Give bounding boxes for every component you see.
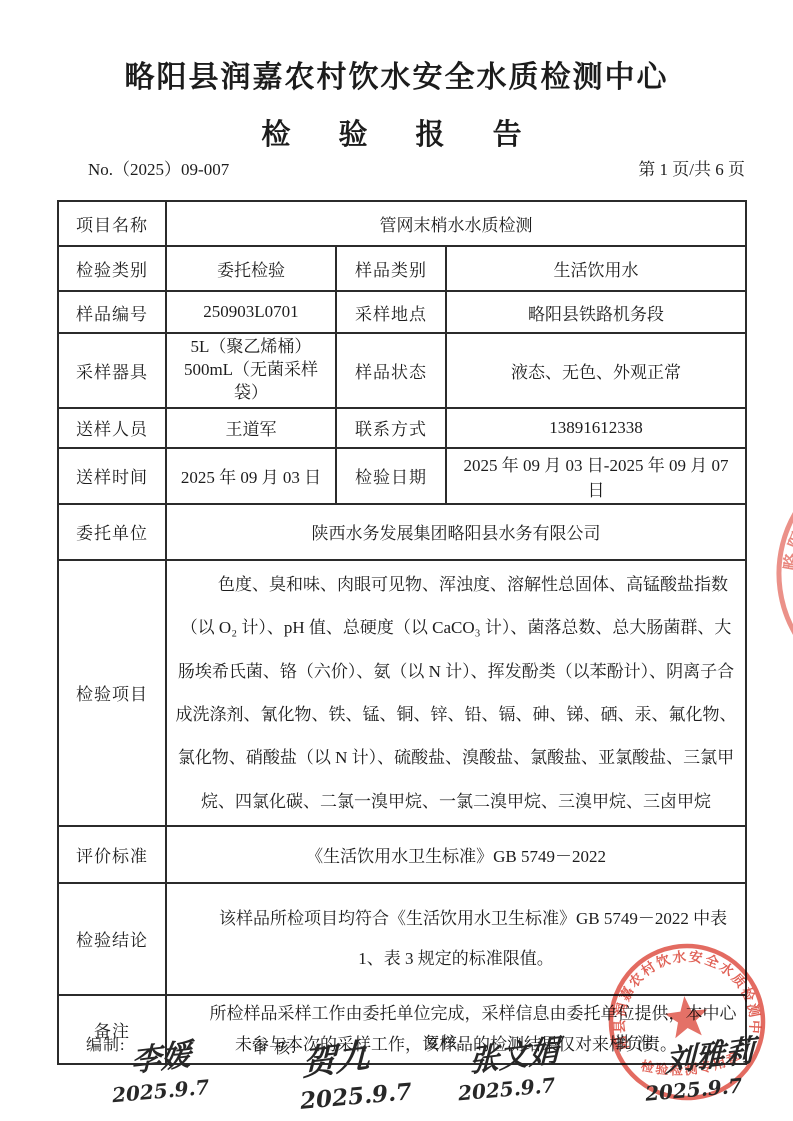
signer-block-approver: 批 准: 刘雅莉 2025.9.7 bbox=[615, 1030, 755, 1101]
sample-state-value: 液态、无色、外观正常 bbox=[446, 333, 746, 408]
inspection-type-value: 委托检验 bbox=[166, 246, 336, 291]
approver-label: 批 准: bbox=[615, 1035, 659, 1052]
table-row: 委托单位 陕西水务发展集团略阳县水务有限公司 bbox=[58, 504, 746, 560]
test-items-value: 色度、臭和味、肉眼可见物、浑浊度、溶解性总固体、高锰酸盐指数（以 O₂ 计）、p… bbox=[166, 560, 746, 826]
inspection-type-label: 检验类别 bbox=[58, 246, 166, 291]
sample-sender-label: 送样人员 bbox=[58, 408, 166, 448]
project-name-label: 项目名称 bbox=[58, 201, 166, 246]
standard-label: 评价标准 bbox=[58, 826, 166, 883]
checker-signature: 张文娟 bbox=[469, 1025, 559, 1080]
edge-stamp-ring bbox=[753, 428, 793, 719]
table-row: 样品编号 250903L0701 采样地点 略阳县铁路机务段 bbox=[58, 291, 746, 333]
compiler-signature: 李媛 bbox=[131, 1029, 191, 1081]
table-row: 采样器具 5L（聚乙烯桶） 500mL（无菌采样袋） 样品状态 液态、无色、外观… bbox=[58, 333, 746, 408]
sampling-container-value: 5L（聚乙烯桶） 500mL（无菌采样袋） bbox=[166, 333, 336, 408]
sampling-site-label: 采样地点 bbox=[336, 291, 446, 333]
conclusion-label: 检验结论 bbox=[58, 883, 166, 995]
document-title: 检 验 报 告 bbox=[10, 112, 793, 153]
send-date-value: 2025 年 09 月 03 日 bbox=[166, 448, 336, 504]
compiler-date: 2025.9.7 bbox=[111, 1075, 210, 1107]
signer-block-reviewer: 审 核: 贺九 2025.9.7 bbox=[252, 1032, 412, 1110]
table-row: 项目名称 管网末梢水水质检测 bbox=[58, 201, 746, 246]
test-date-value: 2025 年 09 月 03 日-2025 年 09 月 07 日 bbox=[446, 448, 746, 504]
standard-value: 《生活饮用水卫生标准》GB 5749－2022 bbox=[166, 826, 746, 883]
client-label: 委托单位 bbox=[58, 504, 166, 560]
table-row: 检验类别 委托检验 样品类别 生活饮用水 bbox=[58, 246, 746, 291]
report-table: 项目名称 管网末梢水水质检测 检验类别 委托检验 样品类别 生活饮用水 样品编号… bbox=[57, 200, 747, 1065]
table-row: 送样时间 2025 年 09 月 03 日 检验日期 2025 年 09 月 0… bbox=[58, 448, 746, 504]
conclusion-value: 该样品所检项目均符合《生活饮用水卫生标准》GB 5749－2022 中表 1、表… bbox=[166, 883, 746, 995]
sample-sender-value: 王道军 bbox=[166, 408, 336, 448]
reviewer-date: 2025.9.7 bbox=[299, 1078, 413, 1115]
table-row: 检验结论 该样品所检项目均符合《生活饮用水卫生标准》GB 5749－2022 中… bbox=[58, 883, 746, 995]
reviewer-label: 审 核: bbox=[252, 1040, 296, 1057]
svg-text:略阳县润嘉农村饮水安全水质检测中心: 略阳县润嘉农村饮水安全水质检测中心 bbox=[778, 436, 793, 628]
report-page: 略阳县润嘉农村饮水安全水质检测中心 检 验 报 告 No.（2025）09-00… bbox=[0, 0, 793, 1121]
document-header: 略阳县润嘉农村饮水安全水质检测中心 检 验 报 告 bbox=[0, 52, 793, 153]
table-row: 评价标准 《生活饮用水卫生标准》GB 5749－2022 bbox=[58, 826, 746, 883]
contact-value: 13891612338 bbox=[446, 408, 746, 448]
test-items-label: 检验项目 bbox=[58, 560, 166, 826]
checker-label: 复核: bbox=[424, 1035, 463, 1052]
sampling-site-value: 略阳县铁路机务段 bbox=[446, 291, 746, 333]
compiler-label: 编制: bbox=[86, 1037, 125, 1054]
sample-no-value: 250903L0701 bbox=[166, 291, 336, 333]
test-date-label: 检验日期 bbox=[336, 448, 446, 504]
send-date-label: 送样时间 bbox=[58, 448, 166, 504]
sampling-container-label: 采样器具 bbox=[58, 333, 166, 408]
sample-state-label: 样品状态 bbox=[336, 333, 446, 408]
project-name-value: 管网末梢水水质检测 bbox=[166, 201, 746, 246]
sample-type-label: 样品类别 bbox=[336, 246, 446, 291]
report-number: No.（2025）09-007 bbox=[88, 155, 229, 180]
table-row: 送样人员 王道军 联系方式 13891612338 bbox=[58, 408, 746, 448]
signature-footer: 编制: 李媛 2025.9.7 审 核: 贺九 2025.9.7 复核: 张文娟… bbox=[0, 1018, 793, 1118]
edge-stamp-ring-text: 略阳县润嘉农村饮水安全水质检测中心 bbox=[778, 436, 793, 628]
sample-type-value: 生活饮用水 bbox=[446, 246, 746, 291]
signer-block-compiler: 编制: 李媛 2025.9.7 bbox=[86, 1032, 209, 1103]
table-row: 检验项目 色度、臭和味、肉眼可见物、浑浊度、溶解性总固体、高锰酸盐指数（以 O₂… bbox=[58, 560, 746, 826]
approver-date: 2025.9.7 bbox=[644, 1072, 756, 1106]
meta-row: No.（2025）09-007 第 1 页/共 6 页 bbox=[88, 155, 745, 180]
client-value: 陕西水务发展集团略阳县水务有限公司 bbox=[166, 504, 746, 560]
organization-title: 略阳县润嘉农村饮水安全水质检测中心 bbox=[0, 52, 793, 96]
contact-label: 联系方式 bbox=[336, 408, 446, 448]
page-indicator: 第 1 页/共 6 页 bbox=[638, 155, 745, 180]
sample-no-label: 样品编号 bbox=[58, 291, 166, 333]
signer-block-checker: 复核: 张文娟 2025.9.7 bbox=[424, 1030, 559, 1101]
reviewer-signature: 贺九 bbox=[302, 1028, 370, 1086]
